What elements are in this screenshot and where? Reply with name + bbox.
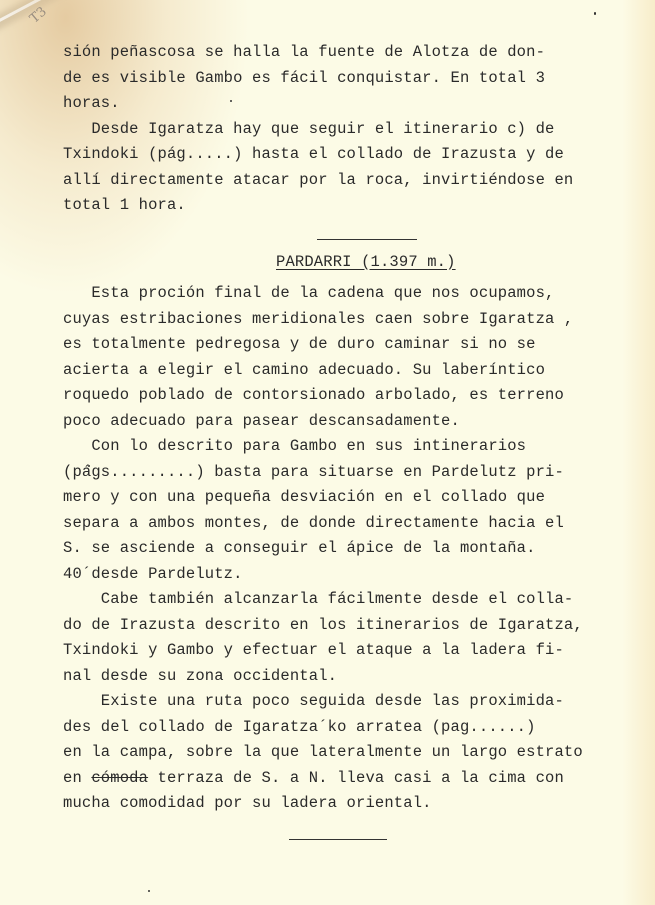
text-line: acierta a elegir el camino adecuado. Su … — [63, 358, 643, 384]
text-line: (págs.........) basta para situarse en P… — [63, 460, 643, 486]
text-line: Existe una ruta poco seguida desde las p… — [63, 689, 643, 715]
text-line: cuyas estribaciones meridionales caen so… — [63, 307, 643, 333]
section-divider — [317, 239, 417, 240]
text-line: Cabe también alcanzarla fácilmente desde… — [63, 587, 643, 613]
text-line: separa a ambos montes, de donde directam… — [63, 511, 643, 537]
text-line: do de Irazusta descrito en los itinerari… — [63, 613, 643, 639]
text-line: roquedo poblado de contorsionado arbolad… — [63, 383, 643, 409]
text-line: de es visible Gambo es fácil conquistar.… — [63, 66, 643, 92]
text-line: total 1 hora. — [63, 193, 643, 219]
intro-block: sión peñascosa se halla la fuente de Alo… — [63, 40, 643, 117]
igaratza-block: Desde Igaratza hay que seguir el itinera… — [63, 117, 643, 219]
page-fold-crease — [0, 0, 190, 43]
text-line-with-correction: en cómoda terraza de S. a N. lleva casi … — [63, 766, 643, 792]
scanned-page: T3 sión peñascosa se halla la fuente de … — [0, 0, 655, 905]
text-line: poco adecuado para pasear descansadament… — [63, 409, 643, 435]
text-line: Txindoki y Gambo y efectuar el ataque a … — [63, 638, 643, 664]
text-line: 40´desde Pardelutz. — [63, 562, 643, 588]
paragraph: Existe una ruta poco seguida desde las p… — [63, 689, 643, 817]
paragraph: Esta proción final de la cadena que nos … — [63, 281, 643, 434]
text-line: allí directamente atacar por la roca, in… — [63, 168, 643, 194]
section-title: PARDARRI (1.397 m.) — [63, 250, 643, 276]
text-line: S. se asciende a conseguir el ápice de l… — [63, 536, 643, 562]
text-line: sión peñascosa se halla la fuente de Alo… — [63, 40, 643, 66]
text-line: Txindoki (pág.....) hasta el collado de … — [63, 142, 643, 168]
text-line: mucha comodidad por su ladera oriental. — [63, 791, 643, 817]
end-divider — [289, 839, 387, 840]
paragraph: Cabe también alcanzarla fácilmente desde… — [63, 587, 643, 689]
text-line: nal desde su zona occidental. — [63, 664, 643, 690]
ink-speck — [594, 12, 596, 15]
text-line: Desde Igaratza hay que seguir el itinera… — [63, 117, 643, 143]
text-line: mero y con una pequeña desviación en el … — [63, 485, 643, 511]
text-line: Con lo descrito para Gambo en sus intine… — [63, 434, 643, 460]
text-line: en la campa, sobre la que lateralmente u… — [63, 740, 643, 766]
struck-word: cómoda — [91, 769, 148, 787]
text-line: es totalmente pedregosa y de duro camina… — [63, 332, 643, 358]
text-line: Esta proción final de la cadena que nos … — [63, 281, 643, 307]
typewritten-text: sión peñascosa se halla la fuente de Alo… — [63, 40, 643, 840]
text-line: horas. — [63, 91, 643, 117]
ink-speck — [148, 890, 150, 892]
text-line: des del collado de Igaratza´ko arratea (… — [63, 715, 643, 741]
paragraph: Con lo descrito para Gambo en sus intine… — [63, 434, 643, 587]
